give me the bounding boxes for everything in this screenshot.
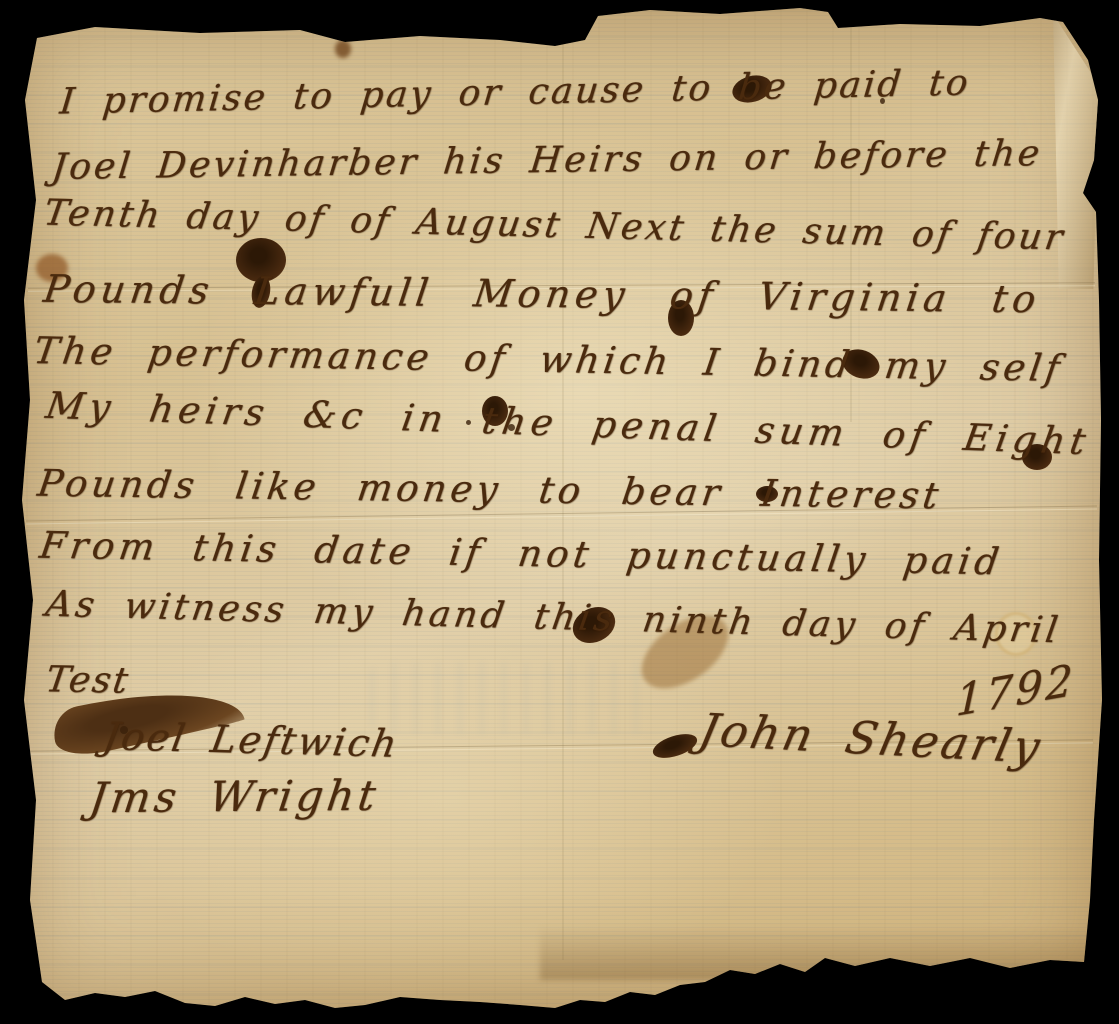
manuscript-line: Pounds Lawfull Money of Virginia to — [41, 267, 1043, 321]
photo-background: I promise to pay or cause to be paid to … — [0, 0, 1119, 1024]
manuscript-line: My heirs &c in the penal sum of Eight — [43, 384, 1094, 463]
manuscript-line: Tenth day of of August Next the sum of f… — [41, 193, 1068, 259]
torn-edge-shadow — [540, 925, 1100, 980]
date-year: 1792 — [955, 655, 1076, 727]
manuscript-line: Joel Devinharber his Heirs on or before … — [50, 133, 1045, 188]
manuscript-line: As witness my hand this ninth day of Apr… — [43, 584, 1064, 651]
watermark — [370, 662, 650, 734]
ink-blot — [650, 729, 700, 762]
manuscript-line: From this date if not punctually paid — [37, 524, 1006, 584]
manuscript-paper: I promise to pay or cause to be paid to … — [0, 0, 1119, 1024]
manuscript-line: Pounds like money to bear Interest — [35, 462, 945, 518]
witness-signature: Joel Leftwich — [100, 714, 402, 766]
manuscript-line: The performance of which I bind my self — [31, 329, 1066, 390]
witness-signature: Jms Wright — [87, 771, 383, 823]
attestation-label: Test — [43, 659, 132, 701]
stain — [335, 40, 351, 58]
manuscript-line: I promise to pay or cause to be paid to — [58, 62, 972, 122]
